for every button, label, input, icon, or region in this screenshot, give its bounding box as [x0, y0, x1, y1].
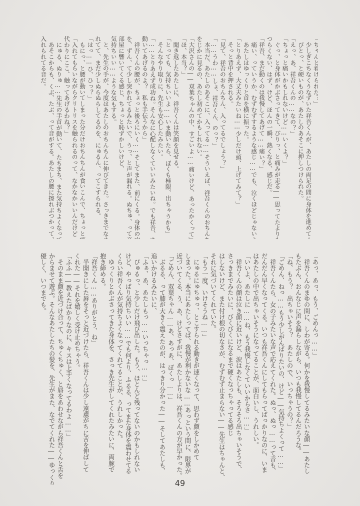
text-line: そのまま顔を近づけ合って、ちゅくちゅく、と唇をあわせながら祥吾くんと舌を	[55, 253, 64, 485]
text-line: 祥吾くんたら、女の子みたいな声で応えてくれた。ぬっ、ぬっ……って音も、	[267, 253, 276, 485]
text-line: にゅる、ぬりゅ……先生の手首が動いて、たちまち、また気持ちよくなってきちゃう。	[53, 36, 61, 239]
text-line: 「ちょっと痛いかもしれないけど……いくよ？」	[279, 36, 287, 239]
text-line: 部屋に響いてくる感じ、ちょっと恥ずかしいけど、	[115, 36, 123, 239]
text-line: 痛い、っていうか、むずむずするような感じ……でも、泣くほどじゃないよね。	[248, 36, 256, 239]
text-line: 「ほ、本当？」	[178, 36, 186, 239]
text-line: 追いかけるみたいに、	[148, 253, 157, 485]
text-line: 「ふふ――教えたばかりなのに、キスは上手くなってるわよ……」	[63, 253, 72, 485]
text-line: ぐっ、と身体がかぶさってきて、ぴりっ、と痛みが走る――思ってたよりも、	[271, 36, 279, 239]
text-line: はあたしの中で出ちゃいそうになってることが、面白いし、うれしい。	[250, 253, 259, 485]
text-line: 「いいよ、あたしに……ね、もう我慢しなくていいからさ……」	[242, 253, 251, 485]
text-line: 近づいてくる、う、あ、けどさすがに、あたしよりは、祥吾くんの方が早かった。	[174, 253, 183, 485]
lower-text-block: 「あっ、あっ、もう、ごめんっ……」 祥吾くんのまゆの間に、しわが寄る。何かを我慢…	[36, 253, 318, 485]
text-line: それに気づいてくれていた。	[208, 253, 217, 485]
text-line: ゆっくりとかぶさってきた身体を、さっき先生がしてくれたみたいに、両腕で	[106, 253, 115, 485]
text-line: あたしはゆっくりと首を横に振った。	[240, 36, 248, 239]
page-number: 49	[0, 479, 360, 488]
text-line: 「祥吾くん……ありがとう、ね」	[89, 253, 98, 485]
text-line: 優しく、いつまでも。	[38, 253, 47, 485]
text-line: さっきまでみたいに、びくびくになるまで硬くなっちゃってる感じ	[225, 253, 234, 485]
text-line: 聞き返したあたしに、祥吾くんは笑顔を見せる。	[170, 36, 178, 239]
text-line: 「ごめん、ねっ……もう少しがんばりたいの、けど――気持ちよくって……」	[276, 253, 285, 485]
text-line: 「……うわ……しょ、祥吾くん、のっ？」	[209, 36, 217, 239]
text-line: そんなやり取りに、先生も安心したみたい。	[154, 36, 162, 239]
text-line: くれた――それを嬉しく受け止めちゃう。	[72, 253, 81, 485]
text-line: 動いてあげるのよ？ 私も手伝うから」	[139, 36, 147, 239]
text-line: ぴゅるっ、と少しだけ飛び出した。もう、ほとんど残ってないのかもしれない	[131, 253, 140, 485]
upper-text-block: 「ちゃんと着けられた？」 少しぎこちなくうなずいた祥吾くんが、あたしの両足の間に…	[36, 36, 318, 239]
text-line: ぶるる、って膝が大きく震えたのが、はっきり分かった――そしてあたしも、	[157, 253, 166, 485]
text-line: もたぶん、おんなじに声を漏らしながら、いつも我慢してるんだろうな。	[293, 253, 302, 485]
text-line: 「ごめん、双葉ちゃん……あ、あっあ、ぼくっ……」	[165, 253, 174, 485]
text-line: 少しぎこちなくうなずいた祥吾くんが、あたしの両足の間に身体を進めてくる。	[302, 36, 310, 239]
text-line: 「とっても、気持ちいいよ……いま動いたら、ぼくも極限、出ちゃうかも」	[162, 36, 170, 239]
text-line: つらくない、はず、けど、ほんの一瞬、熱くなる、感じだ。	[263, 36, 271, 239]
text-line: 本当だ、あたしのあそこに、入ってる……そういえば、祥吾くんのおちんちん	[201, 36, 209, 239]
text-line: 代わりにここ、触ってあげるわね？」	[61, 36, 69, 239]
text-line: しまった。本当にあたしってば、我慢が利かないな……あっという間に、限界が	[182, 253, 191, 485]
text-line: をじかに見るの、あたし初めてかもしれない。	[193, 36, 201, 239]
text-line: もにっ、と腰が動いてしまった分だけおちんちんが食いこんで、ちょっと痛い、	[76, 36, 84, 239]
text-line: れてて、まだ少しぬらぬらしてるのを、にゅるん、ってこすられる。	[92, 36, 100, 239]
text-line: 「ちゃんと着けられた？」	[310, 36, 318, 239]
text-line: 「あっ、あっ、もう、ごめんっ……」	[310, 253, 319, 485]
text-line: 「祥吾、まだ動くのは我慢してあげて……痛い？」	[256, 36, 264, 239]
scanned-novel-page: 「ちゃんと着けられた？」 少しぎこちなくうなずいた祥吾くんが、あたしの両足の間に…	[0, 0, 360, 506]
text-line: 「えっ、あ、祥吾くんの……なの？」	[287, 36, 295, 239]
text-line: だんだん早くなってくる。いつも祥吾くんにしてもらってばっかりなのに、いま	[259, 253, 268, 485]
text-line: 「……とりあえず成功ね。そんなに心配しなくていいみたいね。でも祥吾、ゆっくり	[146, 36, 154, 239]
text-line: からませて遊ぶ。そんなあたしたちの髪を、先生がまた、なでてくれた――ゆっくり、	[46, 253, 55, 485]
text-line: 「大沢さんの――双葉ちゃんの中、すごいよ……痛いけど、あったかくって」	[185, 36, 193, 239]
text-line: 「ね、もう？ 出ちゃいそう？ あたしので、いっちゃうの？」	[284, 253, 293, 485]
text-line: 「もう一度、いけそうね……」	[199, 253, 208, 485]
text-line: 「ふぁ、あ、あたしもっ……いっちゃっ……」	[140, 253, 149, 485]
text-line: くらい祥吾くんが気持ちよくなってくれてることが、うれしかった。	[114, 253, 123, 485]
text-line: 祥吾くんの腰が、ちょっと後ろにいく……そしてまた、前にくる。身体の内側	[131, 36, 139, 239]
text-line: ぴとっ、と硬いものが、あたしのあそこに押しつけられた。	[295, 36, 303, 239]
text-line: 祥吾くんの顔は泣き顔に近いけど、涙はあたしも、そろそろ出ちゃいそうで、	[233, 253, 242, 485]
text-line: を、ずん、て少し突かれてるみたいで、うっ、と声が漏れる。ぬちゅ、って音が	[123, 36, 131, 239]
text-line: にゅるにゅちゅっ、とこすられる動きが速くなって、思わず顔をしかめて	[191, 253, 200, 485]
text-line: 「はっ……ひ、ひっ？」	[84, 36, 92, 239]
text-line: 半開きにした唇をそっと近づけたら、祥吾くんは少し遠慮がちに舌を伸ばして	[80, 253, 89, 485]
text-line: と、先生の手が、今度はあたしのおちんちんに伸びてきた。さっきまでなめら	[100, 36, 108, 239]
text-line: 「入れてもらいながらクリトリスを触られるのって、なかなかいいんだけど……	[69, 36, 77, 239]
text-line: 「見て、祥吾のおちんちん、入ってるでしょう？」	[217, 36, 225, 239]
text-line: 入れられてる音だ。	[37, 36, 45, 239]
text-line: あそこからも、くぶ、たぶ、って音がする。あたしの腰に擦れぶつかって、出し	[45, 36, 53, 239]
text-line: 抱き締める。	[97, 253, 106, 485]
text-line: 祥吾くんのまゆの間に、しわが寄る。何かを我慢してるみたいな顔――あたし	[301, 253, 310, 485]
text-line: 気持ちいい……ような気もする。	[107, 36, 115, 239]
text-line: 「とりあえず、大丈夫みたいね……少しだけ頭、上げてみて？」	[232, 36, 240, 239]
text-line: そっと背中を押される。	[224, 36, 232, 239]
text-line: けど、やっぱり気持ちいい……でも何より、ふるる、ってまた身体を震わせてる	[123, 253, 132, 485]
text-line: はしないけど、また付け根の切なさが、むずむず止まらない――先生はちゃんと、	[216, 253, 225, 485]
